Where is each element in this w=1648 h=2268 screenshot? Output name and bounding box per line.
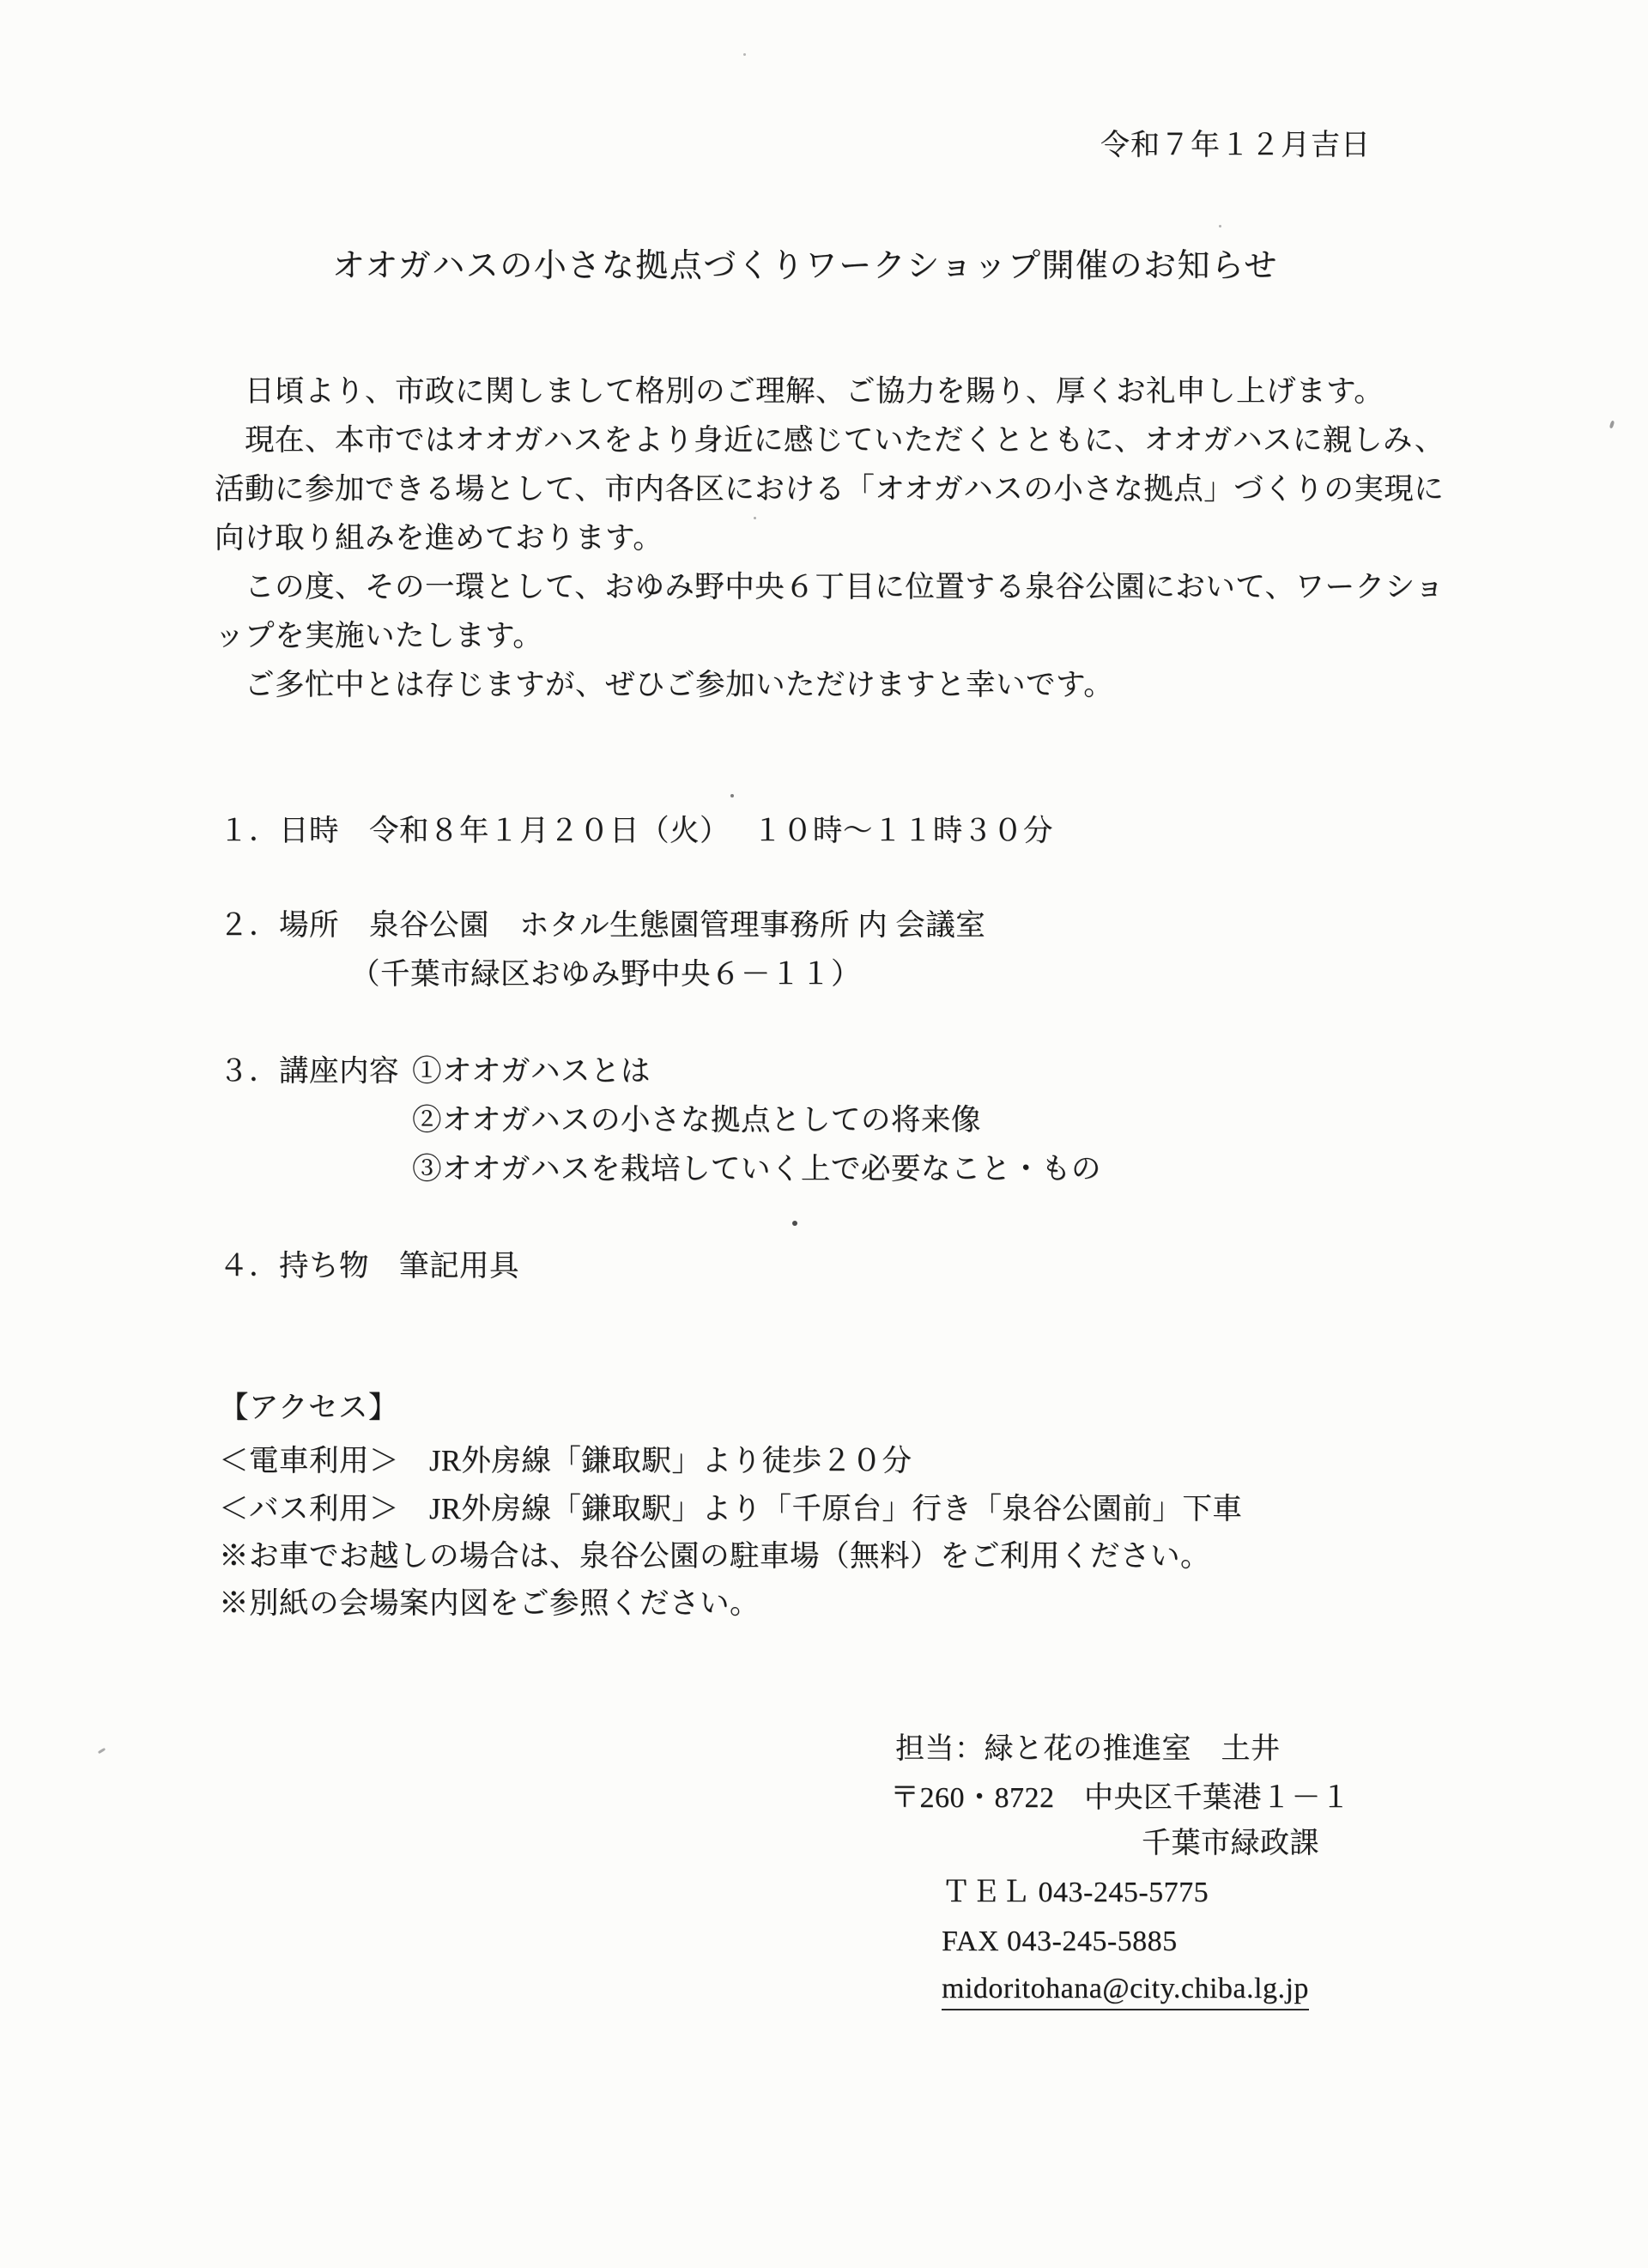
section-belongings: ４．持ち物 筆記用具 <box>219 1249 519 1284</box>
contact-division: 千葉市緑政課 <box>1142 1827 1319 1861</box>
section-contents-label: ３．講座内容 <box>219 1054 399 1089</box>
body-line: ップを実施いたします。 <box>215 619 542 654</box>
access-heading: 【アクセス】 <box>219 1391 398 1426</box>
date-line: 令和７年１２月吉日 <box>1100 129 1371 163</box>
contents-item-3: ③オオガハスを栽培していく上で必要なこと・もの <box>412 1152 1101 1187</box>
scan-speck <box>754 517 756 519</box>
contact-tel: ＴＥＬ 043-245-5775 <box>942 1876 1209 1910</box>
access-train: ＜電車利用＞ JR外房線「鎌取駅」より徒歩２０分 <box>219 1444 912 1479</box>
scan-speck <box>730 794 734 797</box>
access-note-map: ※別紙の会場案内図をご参照ください。 <box>219 1586 760 1622</box>
contents-item-1: ①オオガハスとは <box>412 1054 651 1089</box>
contact-email: midoritohana@city.chiba.lg.jp <box>942 1972 1309 2010</box>
body-line: 活動に参加できる場として、市内各区における「オオガハスの小さな拠点」づくりの実現… <box>215 472 1444 507</box>
body-line: 日頃より、市政に関しまして格別のご理解、ご協力を賜り、厚くお礼申し上げます。 <box>215 374 1384 409</box>
section-datetime: １．日時 令和８年１月２０日（火） １０時～１１時３０分 <box>219 814 1053 849</box>
contact-fax: FAX 043-245-5885 <box>942 1925 1178 1959</box>
contents-item-2: ②オオガハスの小さな拠点としての将来像 <box>412 1103 981 1138</box>
scan-speck <box>792 1221 797 1226</box>
scan-speck <box>1219 225 1221 227</box>
body-line: ご多忙中とは存じますが、ぜひご参加いただけますと幸いです。 <box>215 668 1113 703</box>
section-place-address: （千葉市緑区おゆみ野中央６－１１） <box>350 957 861 992</box>
scanned-notice-page: 令和７年１２月吉日 オオガハスの小さな拠点づくりワークショップ開催のお知らせ 日… <box>0 0 1648 2268</box>
contact-person: 担当：緑と花の推進室 土井 <box>895 1732 1281 1767</box>
body-line: 向け取り組みを進めております。 <box>215 521 663 556</box>
access-bus: ＜バス利用＞ JR外房線「鎌取駅」より「千原台」行き「泉谷公園前」下車 <box>219 1492 1242 1527</box>
scan-speck <box>743 53 746 56</box>
section-place: ２．場所 泉谷公園 ホタル生態園管理事務所 内 会議室 <box>219 908 985 943</box>
body-line: この度、その一環として、おゆみ野中央６丁目に位置する泉谷公園において、ワークショ <box>215 570 1445 605</box>
contact-postal: 〒260・8722 中央区千葉港１－１ <box>890 1781 1351 1816</box>
access-note-car: ※お車でお越しの場合は、泉谷公園の駐車場（無料）をご利用ください。 <box>219 1539 1210 1574</box>
body-line: 現在、本市ではオオガハスをより身近に感じていただくとともに、オオガハスに親しみ、 <box>215 423 1445 458</box>
page-title: オオガハスの小さな拠点づくりワークショップ開催のお知らせ <box>332 247 1278 286</box>
scan-speck <box>98 1748 106 1754</box>
scan-speck <box>1609 421 1615 429</box>
